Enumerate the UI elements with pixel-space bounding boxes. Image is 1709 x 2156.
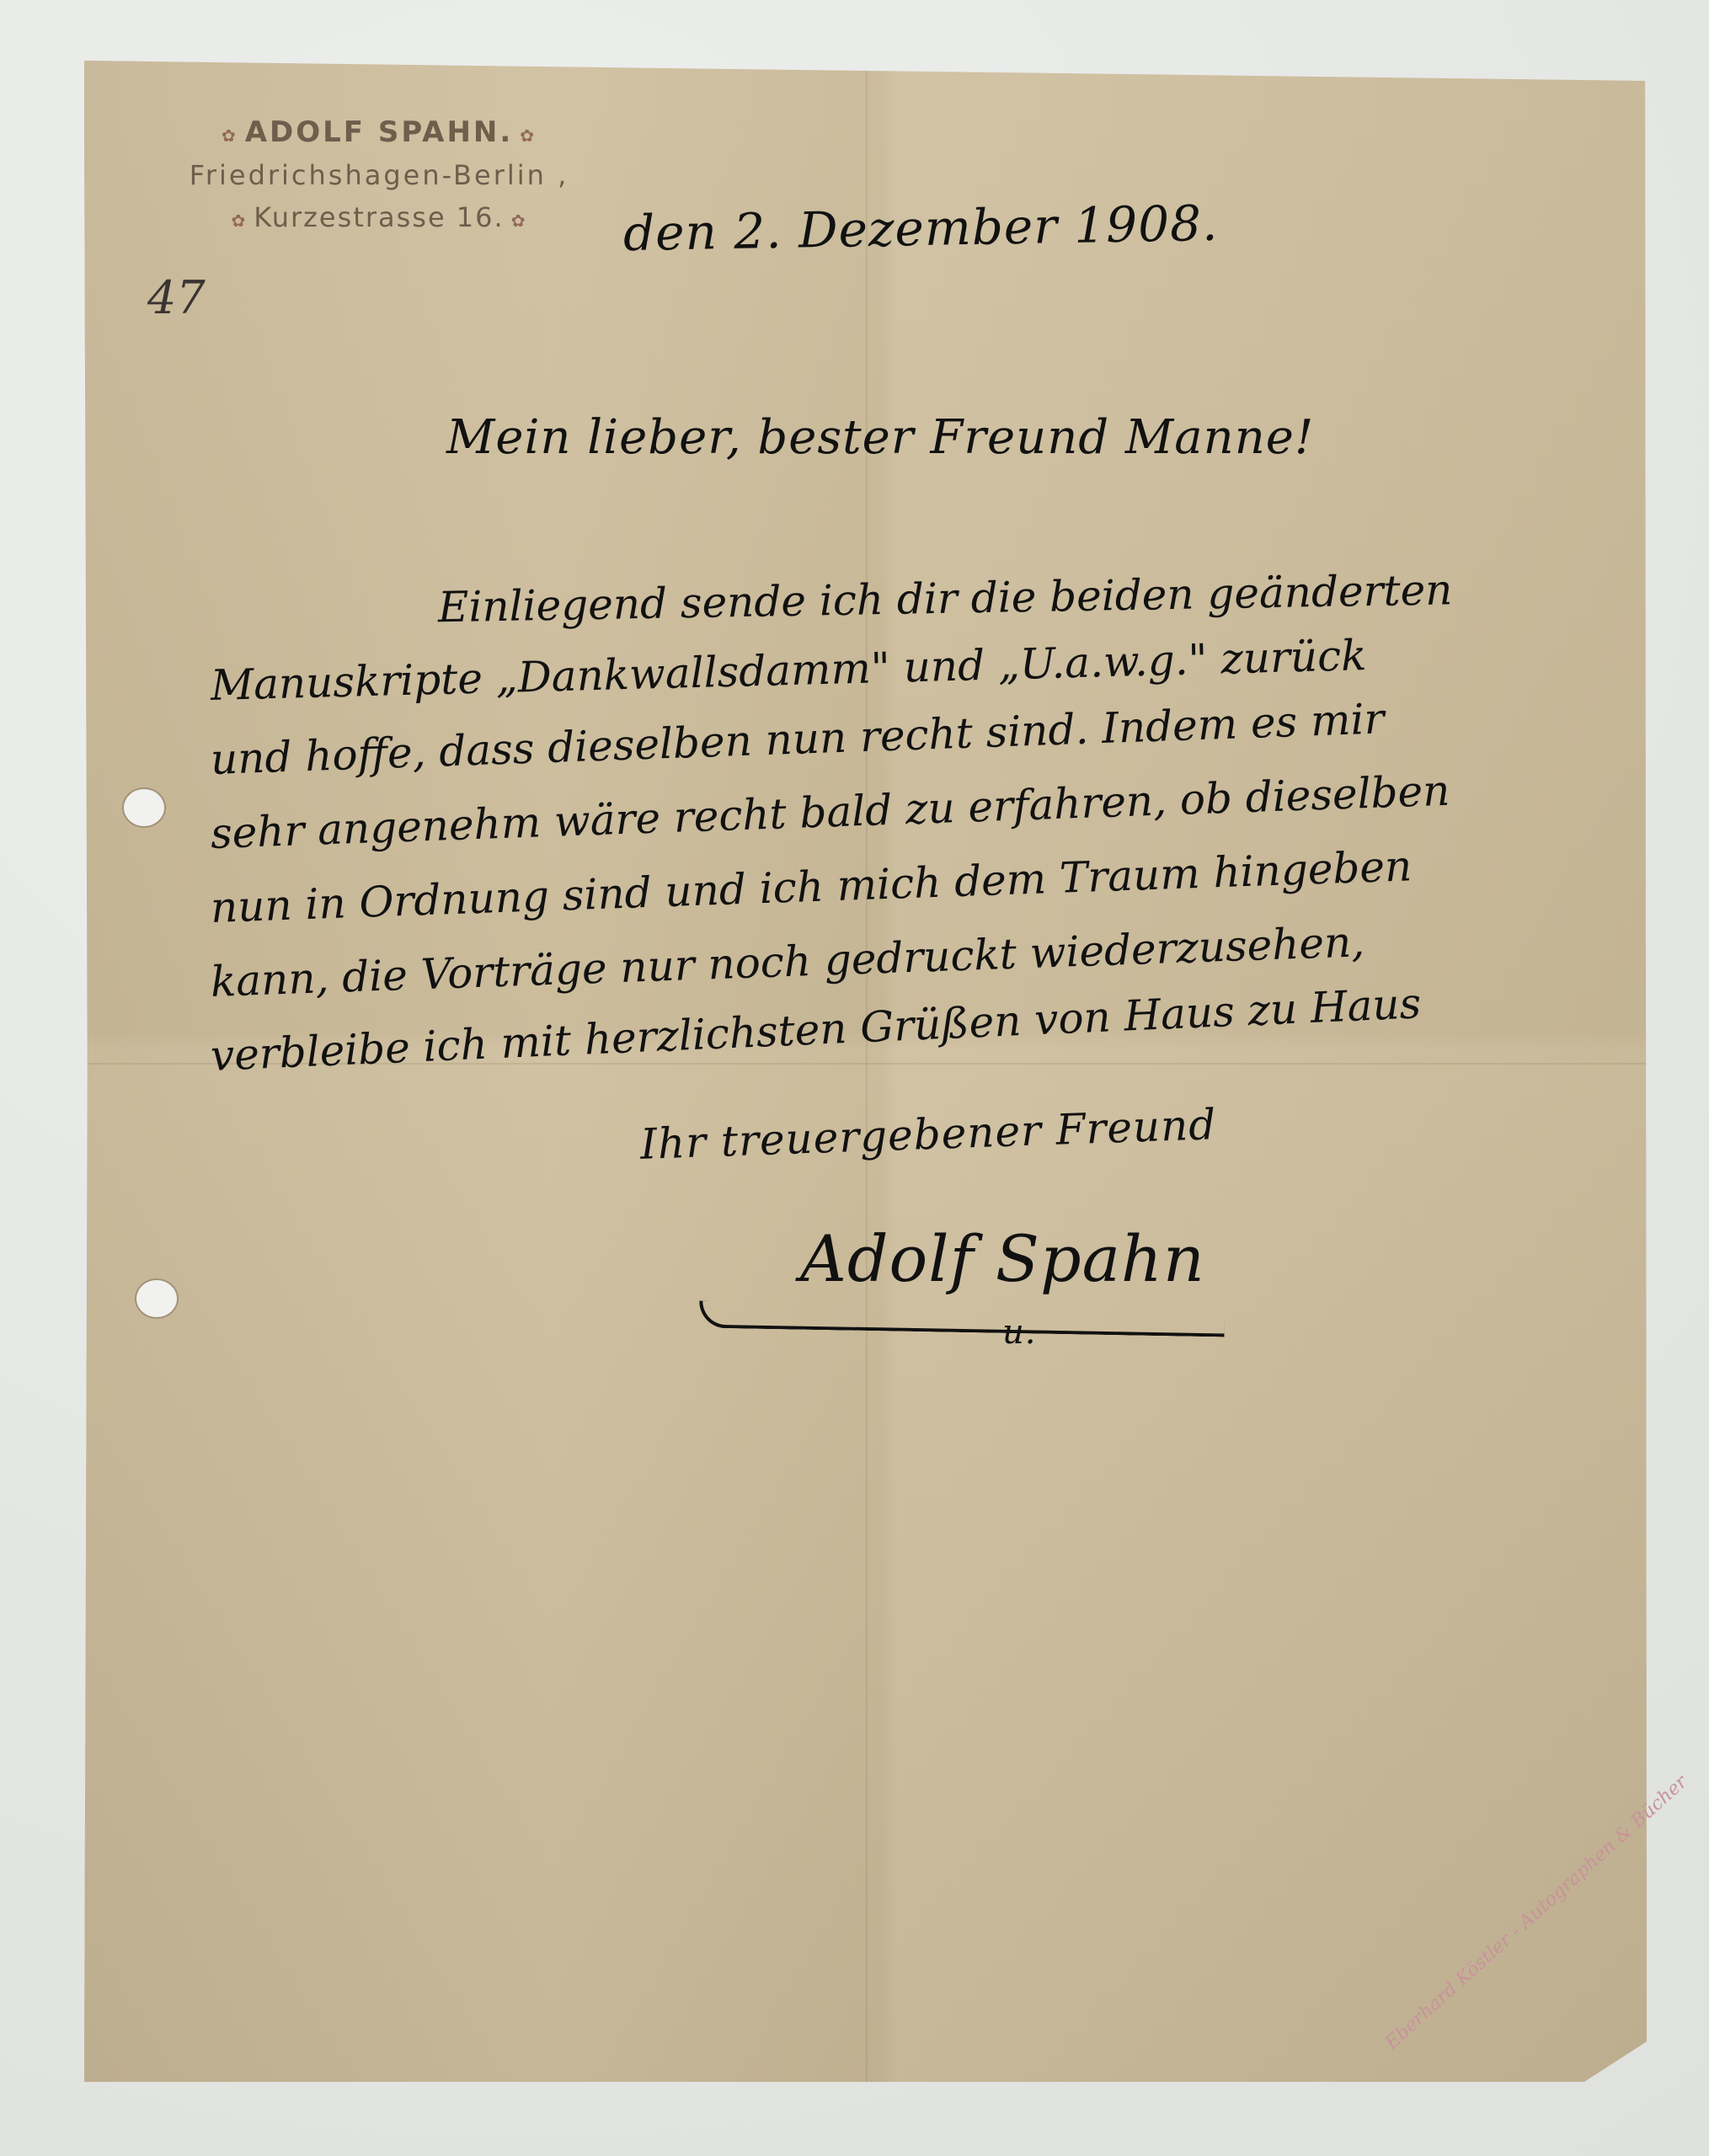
letterhead-city: Friedrichshagen-Berlin ,: [143, 159, 615, 191]
letter-sheet: ✿ADOLF SPAHN.✿ Friedrichshagen-Berlin , …: [84, 61, 1647, 2082]
closing-phrase: Ihr treuergebener Freund: [639, 1103, 1217, 1166]
punch-hole: [135, 1278, 179, 1319]
salutation: Mein lieber, bester Freund Manne!: [446, 414, 1314, 462]
flower-ornament-icon: ✿: [511, 211, 527, 231]
signature-flourish: [699, 1301, 1225, 1337]
letterhead-street: Kurzestrasse 16.: [254, 201, 504, 233]
letter-body: Einliegend sende ich dir die beiden geän…: [211, 574, 1609, 1093]
letterhead-name: ADOLF SPAHN.: [245, 115, 514, 149]
signature-mark: u.: [1002, 1315, 1036, 1349]
flower-ornament-icon: ✿: [222, 125, 238, 146]
letter-date: den 2. Dezember 1908.: [623, 199, 1219, 258]
flower-ornament-icon: ✿: [520, 125, 537, 146]
flower-ornament-icon: ✿: [232, 211, 248, 231]
punch-hole: [122, 787, 166, 828]
letterhead-stamp: ✿ADOLF SPAHN.✿ Friedrichshagen-Berlin , …: [143, 115, 615, 233]
archive-number: 47: [147, 271, 206, 324]
signature: Adolf Spahn: [800, 1227, 1205, 1291]
